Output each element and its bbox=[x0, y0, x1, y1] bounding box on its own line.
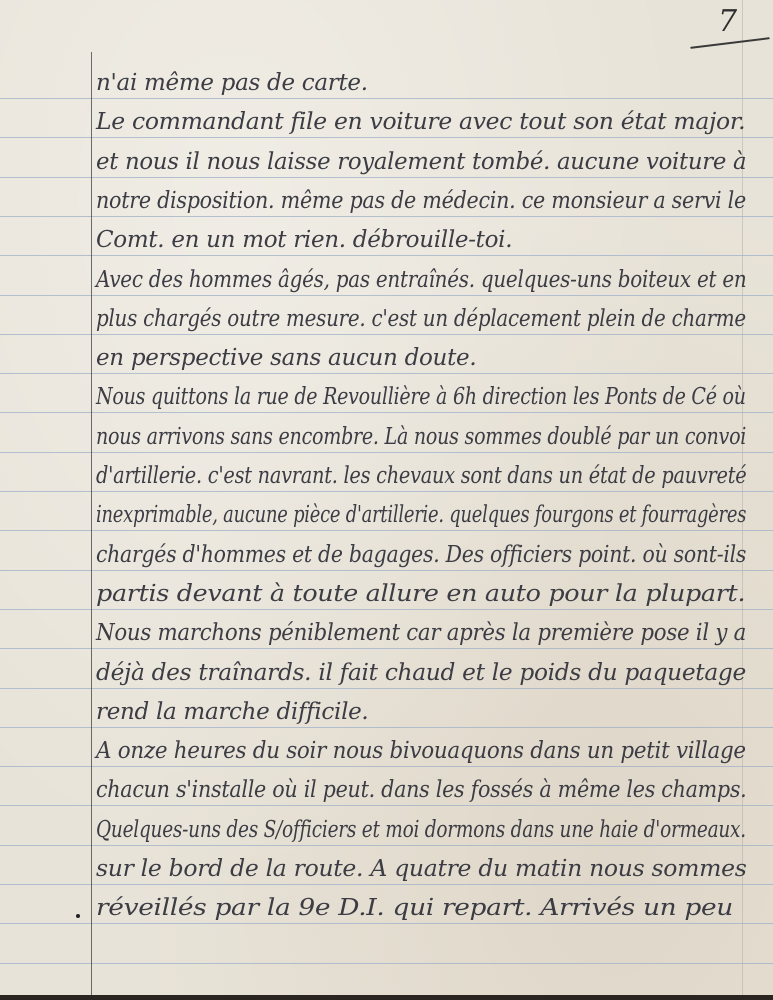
ruling-line bbox=[0, 452, 773, 453]
ruling-line bbox=[0, 334, 773, 335]
ruling-line bbox=[0, 845, 773, 846]
text-line: en perspective sans aucun doute. bbox=[96, 345, 476, 371]
ruling-line bbox=[0, 727, 773, 728]
text-line: Nous quittons la rue de Revoullière à 6h… bbox=[96, 384, 746, 410]
ruling-line bbox=[0, 530, 773, 531]
ruling-line bbox=[0, 255, 773, 256]
ruling-line bbox=[0, 609, 773, 610]
ruling-line bbox=[0, 412, 773, 413]
notebook-page: 7 n'ai même pas de carte.Le commandant f… bbox=[0, 0, 773, 1000]
text-line: chacun s'installe où il peut. dans les f… bbox=[96, 777, 746, 803]
text-line: A onze heures du soir nous bivouaquons d… bbox=[96, 738, 746, 764]
ruling-line bbox=[0, 570, 773, 571]
text-line: Quelques-uns des S/officiers et moi dorm… bbox=[96, 817, 746, 843]
text-line: sur le bord de la route. A quatre du mat… bbox=[96, 856, 746, 882]
ruling-line bbox=[0, 177, 773, 178]
page-number: 7 bbox=[718, 4, 737, 39]
text-line: rend la marche difficile. bbox=[96, 699, 368, 725]
text-line: n'ai même pas de carte. bbox=[96, 70, 368, 96]
text-line: chargés d'hommes et de bagages. Des offi… bbox=[96, 542, 746, 568]
ruling-line bbox=[0, 137, 773, 138]
text-line: Comt. en un mot rien. débrouille-toi. bbox=[96, 227, 512, 253]
text-line: et nous il nous laisse royalement tombé.… bbox=[96, 149, 746, 175]
text-line: Avec des hommes âgés, pas entraînés. que… bbox=[96, 267, 746, 293]
ruling-line bbox=[0, 216, 773, 217]
text-line: notre disposition. même pas de médecin. … bbox=[96, 188, 746, 214]
left-margin-line bbox=[91, 52, 92, 1000]
text-line: Le commandant file en voiture avec tout … bbox=[96, 109, 745, 135]
ruling-line bbox=[0, 805, 773, 806]
text-line: partis devant à toute allure en auto pou… bbox=[96, 581, 745, 607]
text-line: Nous marchons péniblement car après la p… bbox=[96, 620, 746, 646]
text-line: déjà des traînards. il fait chaud et le … bbox=[96, 660, 746, 686]
page-bottom-edge bbox=[0, 995, 773, 1000]
text-line: plus chargés outre mesure. c'est un dépl… bbox=[96, 306, 746, 332]
text-line: nous arrivons sans encombre. Là nous som… bbox=[96, 424, 746, 450]
text-line: réveillés par la 9e D.I. qui repart. Arr… bbox=[96, 895, 733, 921]
text-line: inexprimable, aucune pièce d'artillerie.… bbox=[96, 502, 746, 528]
ruling-line bbox=[0, 373, 773, 374]
ruling-line bbox=[0, 963, 773, 964]
ruling-line bbox=[0, 491, 773, 492]
ruling-line bbox=[0, 688, 773, 689]
ruling-line bbox=[0, 295, 773, 296]
ruling-line bbox=[0, 923, 773, 924]
text-line: d'artillerie. c'est navrant. les chevaux… bbox=[96, 463, 746, 489]
ruling-line bbox=[0, 884, 773, 885]
ruling-line bbox=[0, 766, 773, 767]
ink-dot bbox=[76, 914, 80, 918]
ruling-line bbox=[0, 98, 773, 99]
ruling-line bbox=[0, 648, 773, 649]
